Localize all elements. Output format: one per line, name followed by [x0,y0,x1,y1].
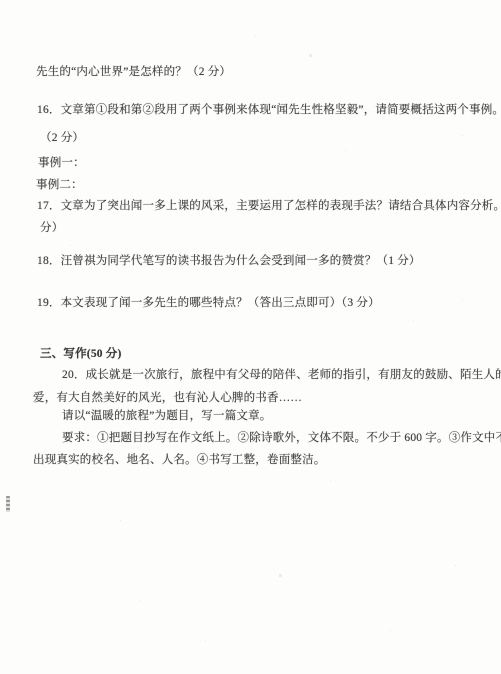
scan-artifact [6,496,10,512]
question-17-line1: 17．文章为了突出闻一多上课的风采，主要运用了怎样的表现手法？请结合具体内容分析… [37,199,501,214]
writing-requirements-line2: 出现真实的校名、地名、人名。④书写工整，卷面整洁。 [33,453,326,468]
question-17-line2: 分） [40,221,63,236]
question-16-line1: 16．文章第①段和第②段用了两个事例来体现“闻先生性格坚毅”，请简要概括这两个事… [37,103,501,118]
writing-title-line: 请以“温暖的旅程”为题目，写一篇文章。 [62,409,272,424]
question-18-text: 18．汪曾祺为同学代笔写的读书报告为什么会受到闻一多的赞赏？（1 分） [37,254,421,269]
writing-section-heading: 三、写作(50 分) [40,347,122,362]
question-16-example1-label: 事例一： [38,156,85,171]
writing-requirements-line1: 要求：①把题目抄写在作文纸上。②除诗歌外，文体不限。不少于 600 字。③作文中… [62,431,501,446]
paper-noise [0,0,1,1]
question-16-line2: （2 分） [40,131,84,146]
question-15-tail: 先生的“内心世界”是怎样的？（2 分） [36,65,231,80]
writing-prompt-line2: 爱，有大自然美好的风光，也有沁人心脾的书香…… [33,391,302,406]
writing-prompt-line1: 20．成长就是一次旅行，旅程中有父母的陪伴、老师的指引，有朋友的鼓励、陌生人的关 [62,368,501,383]
question-16-example2-label: 事例二： [36,178,83,193]
question-19-text: 19．本文表现了闻一多先生的哪些特点？（答出三点即可）（3 分） [37,296,380,311]
scanned-exam-page: 先生的“内心世界”是怎样的？（2 分） 16．文章第①段和第②段用了两个事例来体… [0,0,501,674]
